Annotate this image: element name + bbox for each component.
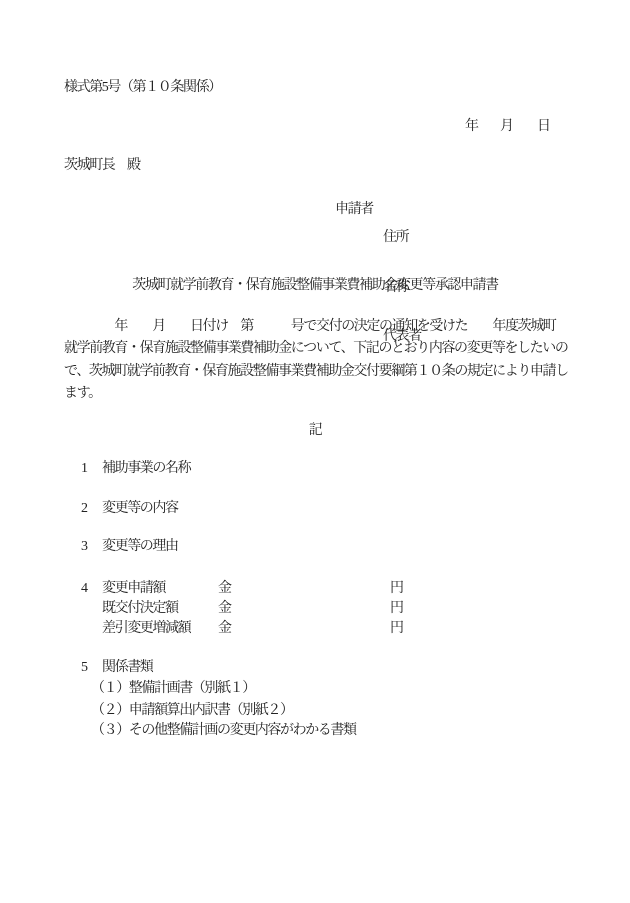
- form-number: 様式第5号（第１０条関係）: [64, 81, 221, 95]
- date-day-label: 日: [537, 120, 550, 134]
- currency-prefix: 金: [218, 582, 231, 596]
- amount-row-label: 変更申請額: [102, 582, 165, 596]
- attachment-item-1: （１）整備計画書（別紙１）: [91, 682, 255, 696]
- document-page: 様式第5号（第１０条関係） 年 月 日 茨城町長 殿 申請者 住所 名称 代表者…: [0, 0, 630, 903]
- body-line-3: で、茨城町就学前教育・保育施設整備事業費補助金交付要綱第１０条の規定により申請し: [64, 361, 584, 383]
- date-year-label: 年: [465, 120, 478, 134]
- date-month-label: 月: [500, 120, 513, 134]
- item-number: 4: [81, 582, 87, 596]
- attachment-item-2: （２）申請額算出内訳書（別紙２）: [91, 704, 293, 718]
- item-label: 関係書類: [102, 661, 152, 675]
- item-number: 3: [81, 540, 87, 554]
- applicant-field-address: 住所: [383, 227, 421, 249]
- attachment-item-3: （３）その他整備計画の変更内容がわかる書類: [91, 724, 356, 738]
- body-line-1: 年 月 日付け 第 号で交付の決定の通知を受けた 年度茨城町: [64, 316, 584, 338]
- body-line-2: 就学前教育・保育施設整備事業費補助金について、下記のとおり内容の変更等をしたいの: [64, 338, 584, 360]
- amount-row-label: 既交付決定額: [102, 602, 178, 616]
- addressee: 茨城町長 殿: [64, 159, 140, 173]
- body-line-4: ます。: [64, 383, 584, 405]
- item-number: 5: [81, 661, 87, 675]
- item-label: 変更等の内容: [102, 502, 178, 516]
- record-heading: 記: [0, 424, 630, 438]
- document-title: 茨城町就学前教育・保育施設整備事業費補助金変更等承認申請書: [0, 279, 630, 293]
- currency-prefix: 金: [218, 622, 231, 636]
- item-label: 変更等の理由: [102, 540, 178, 554]
- item-label: 補助事業の名称: [102, 462, 190, 476]
- unit-suffix: 円: [390, 602, 403, 616]
- applicant-label: 申請者: [335, 203, 373, 217]
- unit-suffix: 円: [390, 582, 403, 596]
- body-paragraph: 年 月 日付け 第 号で交付の決定の通知を受けた 年度茨城町 就学前教育・保育施…: [64, 316, 584, 406]
- item-number: 1: [81, 462, 87, 476]
- currency-prefix: 金: [218, 602, 231, 616]
- item-number: 2: [81, 502, 87, 516]
- unit-suffix: 円: [390, 622, 403, 636]
- amount-row-label: 差引変更増減額: [102, 622, 190, 636]
